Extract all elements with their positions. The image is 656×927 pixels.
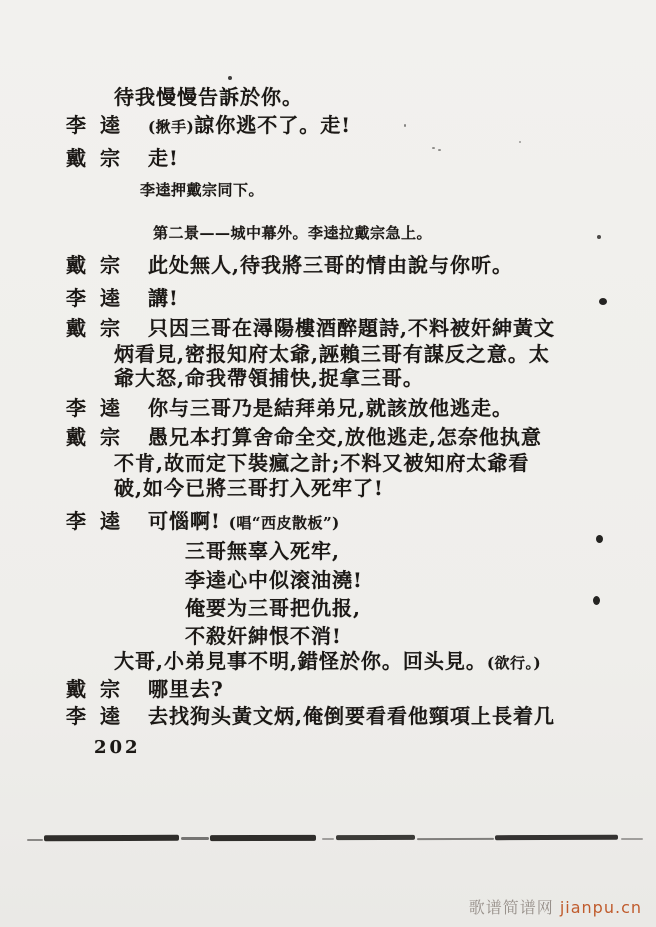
script-line: 大哥,小弟見事不明,錯怪於你。回头見。(欲行。) — [114, 649, 541, 675]
ink-smudge-segment — [27, 839, 43, 841]
scene-heading: 第二景——城中幕外。李逵拉戴宗急上。 — [153, 221, 432, 245]
ink-speck — [596, 535, 603, 543]
line-text: 此处無人,待我將三哥的情由說与你听。 — [148, 253, 513, 277]
speaker-name: 戴宗 — [66, 253, 134, 277]
dialogue-line: 李逵可惱啊! (唱“西皮散板”) — [148, 509, 340, 535]
line-text: 諒你逃不了。走! — [194, 113, 351, 137]
dialogue-line: 李逵你与三哥乃是結拜弟兄,就該放他逃走。 — [148, 396, 513, 420]
ink-speck — [597, 235, 601, 239]
dialogue-line: 戴宗愚兄本打算舍命全交,放他逃走,怎奈他执意 — [148, 425, 542, 449]
script-line: 不肯,故而定下裝瘋之計;不料又被知府太爺看 — [114, 451, 529, 475]
speaker-name: 李逵 — [66, 396, 134, 420]
speaker-name: 戴宗 — [66, 425, 134, 449]
line-text: 愚兄本打算舍命全交,放他逃走,怎奈他执意 — [148, 425, 542, 449]
line-text: 李逵心中似滚油澆! — [185, 568, 363, 592]
page-number: 202 — [94, 737, 141, 758]
ink-speck — [228, 76, 232, 80]
script-line: 炳看見,密报知府太爺,誣賴三哥有謀反之意。太 — [114, 342, 550, 366]
dialogue-line: 戴宗哪里去? — [148, 677, 224, 701]
stage-note: (揪手) — [148, 118, 194, 136]
watermark-site-name: 歌谱简谱网 — [469, 898, 554, 917]
dialogue-line: 李逵講! — [148, 286, 179, 310]
line-text: 哪里去? — [148, 677, 224, 701]
line-text: 去找狗头黃文炳,俺倒要看看他頸項上長着几 — [148, 704, 555, 728]
ink-smudge-segment — [322, 838, 334, 840]
line-text: 第二景——城中幕外。李逵拉戴宗急上。 — [153, 224, 432, 242]
speaker-name: 戴宗 — [66, 677, 134, 701]
speaker-name: 李逵 — [66, 286, 134, 310]
speaker-name: 李逵 — [66, 704, 134, 728]
dialogue-line: 戴宗此处無人,待我將三哥的情由說与你听。 — [148, 253, 513, 277]
verse-line: 李逵心中似滚油澆! — [185, 568, 363, 592]
line-text: 可惱啊! — [148, 509, 221, 533]
line-text: 講! — [148, 286, 179, 310]
line-text: 待我慢慢告訴於你。 — [114, 85, 303, 109]
dialogue-line: 李逵去找狗头黃文炳,俺倒要看看他頸項上長着几 — [148, 704, 555, 728]
speaker-name: 戴宗 — [66, 146, 134, 170]
line-text: 炳看見,密报知府太爺,誣賴三哥有謀反之意。太 — [114, 342, 550, 366]
ink-speck — [438, 149, 441, 151]
ink-speck — [432, 147, 435, 149]
aria-note: (唱“西皮散板”) — [229, 514, 340, 532]
ink-speck — [519, 141, 521, 143]
dialogue-line: 戴宗只因三哥在潯陽樓酒醉題詩,不料被奸紳黃文 — [148, 316, 555, 340]
line-text: 只因三哥在潯陽樓酒醉題詩,不料被奸紳黃文 — [148, 316, 555, 340]
ink-smudge-segment — [336, 835, 415, 840]
dialogue-line: 戴宗走! — [148, 146, 179, 170]
line-text: 爺大怒,命我帶領捕快,捉拿三哥。 — [114, 366, 424, 390]
line-text: 俺要为三哥把仇报, — [185, 596, 361, 620]
ink-smudge-segment — [417, 838, 494, 840]
line-text: 不肯,故而定下裝瘋之計;不料又被知府太爺看 — [114, 451, 529, 475]
speaker-name: 李逵 — [66, 113, 134, 137]
ink-smudge-segment — [181, 837, 209, 840]
ink-speck — [599, 298, 607, 305]
speaker-name: 戴宗 — [66, 316, 134, 340]
speaker-name: 李逵 — [66, 509, 134, 533]
line-text: 三哥無辜入死牢, — [185, 539, 340, 563]
script-line: 待我慢慢告訴於你。 — [114, 85, 303, 109]
line-text: 走! — [148, 146, 179, 170]
line-text: 你与三哥乃是結拜弟兄,就該放他逃走。 — [148, 396, 513, 420]
ink-smudge-segment — [44, 835, 179, 841]
verse-line: 俺要为三哥把仇报, — [185, 596, 361, 620]
script-line: 破,如今已將三哥打入死牢了! — [114, 476, 384, 500]
dialogue-line: 李逵(揪手)諒你逃不了。走! — [148, 113, 351, 139]
ink-smudge-segment — [210, 835, 316, 841]
ink-speck — [404, 124, 406, 127]
ink-speck — [593, 596, 600, 605]
ink-smudge-segment — [621, 838, 643, 840]
verse-line: 三哥無辜入死牢, — [185, 539, 340, 563]
watermark: 歌谱简谱网 jianpu.cn — [469, 895, 642, 918]
line-text: 不殺奸紳恨不消! — [185, 624, 342, 648]
stage-note: (欲行。) — [487, 654, 541, 672]
stage-direction: 李逵押戴宗同下。 — [140, 178, 264, 202]
line-text: 破,如今已將三哥打入死牢了! — [114, 476, 384, 500]
verse-line: 不殺奸紳恨不消! — [185, 624, 342, 648]
line-text: 李逵押戴宗同下。 — [140, 181, 264, 199]
ink-smudge-segment — [495, 835, 618, 840]
script-line: 爺大怒,命我帶領捕快,捉拿三哥。 — [114, 366, 424, 390]
line-text: 大哥,小弟見事不明,錯怪於你。回头見。 — [114, 649, 487, 673]
watermark-site-url: jianpu.cn — [560, 898, 642, 917]
script-page: 待我慢慢告訴於你。 李逵(揪手)諒你逃不了。走! 戴宗走! 李逵押戴宗同下。 第… — [0, 0, 656, 927]
